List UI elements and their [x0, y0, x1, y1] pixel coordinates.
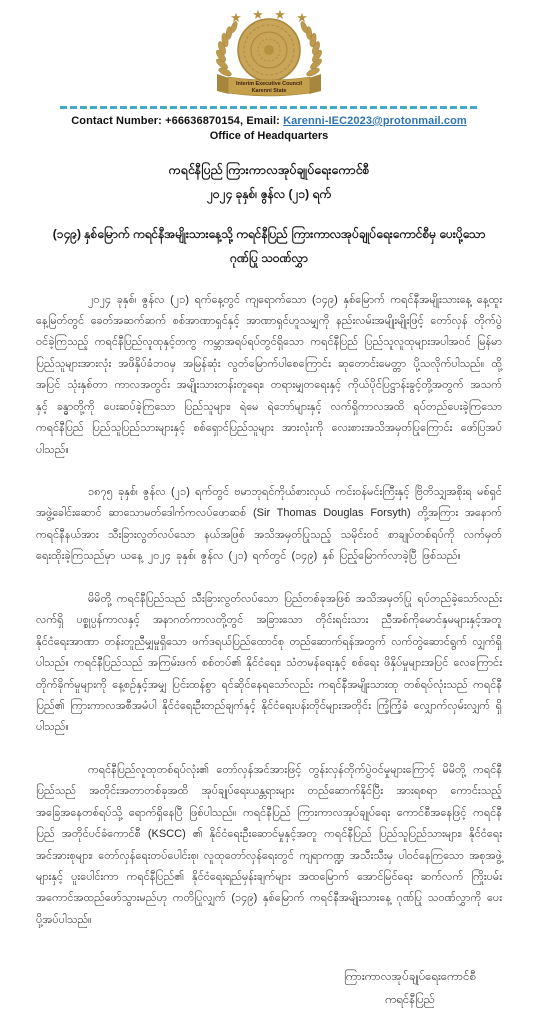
letter-date: ၂၀၂၄ ခုနှစ်၊ ဇွန်လ (၂၁) ရက် — [0, 183, 538, 206]
paragraph-3: မိမိတို့ ကရင်နီပြည်သည် သီးခြားလွတ်လပ်သော… — [36, 589, 502, 739]
ribbon-text-line2: Karenni State — [252, 88, 287, 94]
organization-title: ကရင်နီပြည် ကြားကာလအုပ်ချုပ်ရေးကောင်စီ — [0, 159, 538, 183]
paragraph-4: ကရင်နီပြည်လူထုတစ်ရပ်လုံး၏ တော်လှန်အင်အား… — [36, 760, 502, 932]
contact-label: Contact Number: +66636870154, Email: — [71, 115, 283, 127]
letter-body: ၂၀၂၄ ခုနှစ်၊ ဇွန်လ (၂၁) ရက်နေ့တွင် ကျရော… — [36, 290, 502, 932]
paragraph-2: ၁၈၇၅ ခုနှစ်၊ ဇွန်လ (၂၁) ရက်တွင် ဗမာဘုရင်… — [36, 482, 502, 568]
signature-org: ကြားကာလအုပ်ချုပ်ရေးကောင်စီ — [344, 966, 476, 989]
title-block: ကရင်နီပြည် ကြားကာလအုပ်ချုပ်ရေးကောင်စီ ၂၀… — [0, 159, 538, 206]
karenni-iec-logo-image: ★ ★ ★ ★ — [184, 6, 354, 102]
signature-place: ကရင်နီပြည် — [385, 989, 435, 1012]
organization-emblem: ★ ★ ★ ★ — [0, 0, 538, 102]
laurel-wreath-left-icon — [215, 20, 239, 77]
email-link[interactable]: Karenni-IEC2023@protonmail.com — [283, 115, 467, 127]
laurel-wreath-right-icon — [300, 20, 324, 77]
letter-page: ★ ★ ★ ★ — [0, 0, 538, 1024]
letter-subject: (၁၄၉) နှစ်မြောက် ကရင်နီအမျိုးသားနေ့သို့ … — [52, 222, 486, 270]
ribbon-text-line1: Interim Executive Council — [236, 81, 302, 87]
paragraph-1: ၂၀၂၄ ခုနှစ်၊ ဇွန်လ (၂၁) ရက်နေ့တွင် ကျရော… — [36, 290, 502, 462]
dashed-divider — [60, 106, 478, 109]
emblem-disc-icon — [238, 19, 300, 81]
signature-block: ကြားကာလအုပ်ချုပ်ရေးကောင်စီ ကရင်နီပြည် — [344, 966, 476, 1012]
contact-line: Contact Number: +66636870154, Email: Kar… — [0, 115, 538, 127]
office-line: Office of Headquarters — [0, 130, 538, 142]
